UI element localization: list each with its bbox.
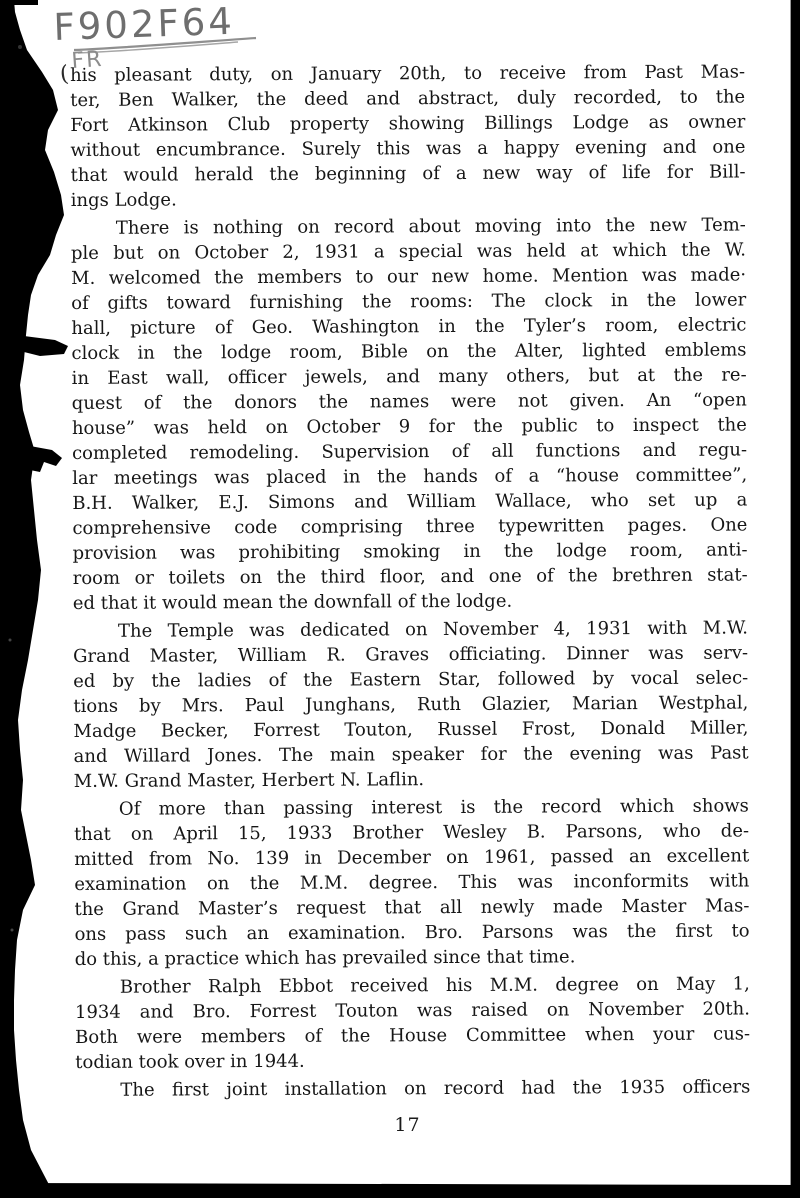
text-line: The Temple was dedicated on November 4, …	[73, 615, 748, 644]
text-line: examination on the M.M. degree. This was…	[74, 868, 749, 897]
paragraph: The first joint installation on record h…	[75, 1074, 750, 1103]
paragraph: his pleasant duty, on January 20th, to r…	[70, 59, 746, 213]
text-line: The first joint installation on record h…	[75, 1074, 750, 1103]
text-line: Both were members of the House Committee…	[75, 1021, 750, 1050]
text-line: ings Lodge.	[71, 184, 746, 213]
text-line: There is nothing on record about moving …	[71, 212, 746, 241]
text-line: Fort Atkinson Club property showing Bill…	[70, 109, 745, 138]
text-line: ple but on October 2, 1931 a special was…	[71, 237, 746, 266]
text-line: completed remodeling. Supervision of all…	[72, 437, 747, 466]
text-line: of gifts toward furnishing the rooms: Th…	[71, 287, 746, 316]
text-line: lar meetings was placed in the hands of …	[72, 462, 747, 491]
text-line: B.H. Walker, E.J. Simons and William Wal…	[72, 487, 747, 516]
scan-edge-right	[790, 0, 800, 1198]
text-line: comprehensive code comprising three type…	[72, 512, 747, 541]
text-line: in East wall, officer jewels, and many o…	[72, 362, 747, 391]
text-line: his pleasant duty, on January 20th, to r…	[70, 59, 745, 88]
paragraph: Brother Ralph Ebbot received his M.M. de…	[75, 971, 751, 1075]
text-line: that on April 15, 1933 Brother Wesley B.…	[74, 818, 749, 847]
torn-paper-edge	[0, 0, 80, 1198]
text-line: ons pass such an examination. Bro. Parso…	[74, 918, 749, 947]
text-line: ter, Ben Walker, the deed and abstract, …	[70, 84, 745, 113]
text-line: do this, a practice which has prevailed …	[75, 943, 750, 972]
paragraph: Of more than passing interest is the rec…	[74, 793, 750, 972]
text-line: the Grand Master’s request that all newl…	[74, 893, 749, 922]
paragraph: The Temple was dedicated on November 4, …	[73, 615, 749, 794]
page-number: 17	[70, 1114, 745, 1136]
scan-edge-bottom	[0, 1183, 800, 1198]
text-line: quest of the donors the names were not g…	[72, 387, 747, 416]
text-line: house” was held on October 9 for the pub…	[72, 412, 747, 441]
text-line: and Willard Jones. The main speaker for …	[74, 740, 749, 769]
text-line: Madge Becker, Forrest Touton, Russel Fro…	[73, 715, 748, 744]
text-line: Grand Master, William R. Graves officiat…	[73, 640, 748, 669]
text-line: 1934 and Bro. Forrest Touton was raised …	[75, 996, 750, 1025]
text-line: Brother Ralph Ebbot received his M.M. de…	[75, 971, 750, 1000]
text-line: Of more than passing interest is the rec…	[74, 793, 749, 822]
text-line: M.W. Grand Master, Herbert N. Laflin.	[74, 765, 749, 794]
text-line: without encumbrance. Surely this was a h…	[70, 134, 745, 163]
text-line: ed by the ladies of the Eastern Star, fo…	[73, 665, 748, 694]
text-line: M. welcomed the members to our new home.…	[71, 262, 746, 291]
text-line: provision was prohibiting smoking in the…	[73, 537, 748, 566]
text-line: that would herald the beginning of a new…	[71, 159, 746, 188]
scanned-page: F902F64 FR ( his pleasant duty, on Janua…	[0, 0, 800, 1198]
text-line: mitted from No. 139 in December on 1961,…	[74, 843, 749, 872]
text-line: hall, picture of Geo. Washington in the …	[71, 312, 746, 341]
text-line: ed that it would mean the downfall of th…	[73, 587, 748, 616]
text-block: his pleasant duty, on January 20th, to r…	[70, 59, 750, 1103]
text-line: clock in the lodge room, Bible on the Al…	[71, 337, 746, 366]
text-line: todian took over in 1944.	[75, 1046, 750, 1075]
text-line: room or toilets on the third floor, and …	[73, 562, 748, 591]
text-line: tions by Mrs. Paul Junghans, Ruth Glazie…	[73, 690, 748, 719]
paragraph: There is nothing on record about moving …	[71, 212, 748, 616]
